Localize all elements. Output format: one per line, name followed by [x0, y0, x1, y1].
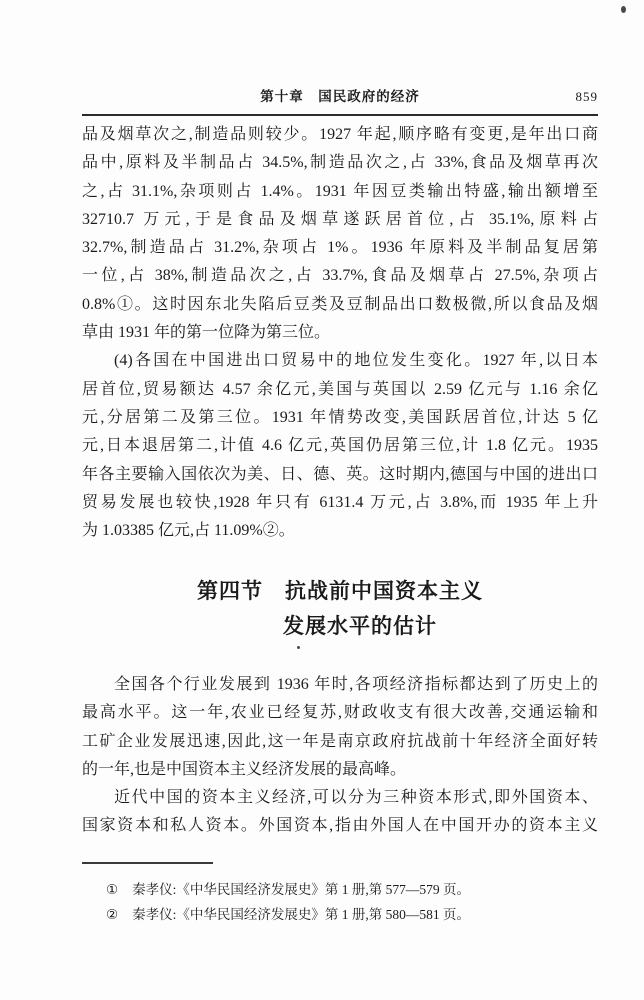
footnote-2-text: 秦孝仪:《中华民国经济发展史》第 1 册,第 580—581 页。	[132, 907, 470, 922]
footnote-2-marker: ②	[106, 907, 118, 922]
text-line: 一位,占 38%,制造品次之,占 33.7%,食品及烟草占 27.5%,杂项占	[82, 262, 598, 290]
text-line: 近代中国的资本主义经济,可以分为三种资本形式,即外国资本、	[82, 784, 598, 812]
text-line: 之,占 31.1%,杂项则占 1.4%。1931 年因豆类输出特盛,输出额增至	[82, 178, 598, 206]
text-line: 元,日本退居第二,计值 4.6 亿元,英国仍居第三位,计 1.8 亿元。1935	[82, 432, 598, 460]
text-line: 全国各个行业发展到 1936 年时,各项经济指标都达到了历史上的	[82, 671, 598, 699]
footnote-2: ②秦孝仪:《中华民国经济发展史》第 1 册,第 580—581 页。	[82, 902, 598, 927]
text-line: (4)各国在中国进出口贸易中的地位发生变化。1927 年,以日本	[82, 347, 598, 375]
page-number: 859	[576, 86, 599, 108]
section-heading-line-1: 第四节 抗战前中国资本主义	[82, 574, 598, 609]
text-line: 元,分居第二及第三位。1931 年情势改变,美国跃居首位,计达 5 亿	[82, 404, 598, 432]
text-line: 32710.7 万元,于是食品及烟草遂跃居首位,占 35.1%,原料占	[82, 206, 598, 234]
body-text-lower: 全国各个行业发展到 1936 年时,各项经济指标都达到了历史上的 最高水平。这一…	[82, 671, 598, 841]
text-line: 草由 1931 年的第一位降为第三位。	[82, 319, 598, 347]
text-line: 32.7%,制造品占 31.2%,杂项占 1%。1936 年原料及半制品复居第	[82, 234, 598, 262]
header-rule	[82, 114, 598, 116]
footnote-1-marker: ①	[106, 882, 118, 897]
text-line: 为 1.03385 亿元,占 11.09%②。	[82, 517, 598, 545]
running-head-chapter-title: 第十章 国民政府的经济	[82, 86, 598, 108]
text-line: 的一年,也是中国资本主义经济发展的最高峰。	[82, 756, 598, 784]
footnote-separator	[82, 862, 213, 864]
book-page: 第十章 国民政府的经济 859 品及烟草次之,制造品则较少。1927 年起,顺序…	[0, 0, 644, 1000]
scan-artifact	[621, 6, 626, 13]
text-line: 居首位,贸易额达 4.57 余亿元,美国与英国以 2.59 亿元与 1.16 余…	[82, 376, 598, 404]
section-heading: 第四节 抗战前中国资本主义 发展水平的估计	[82, 574, 598, 644]
text-line: 最高水平。这一年,农业已经复苏,财政收支有很大改善,交通运输和	[82, 699, 598, 727]
text-line: 品中,原料及半制品占 34.5%,制造品次之,占 33%,食品及烟草再次	[82, 149, 598, 177]
section-heading-line-2: 发展水平的估计	[102, 609, 618, 644]
text-line: 品及烟草次之,制造品则较少。1927 年起,顺序略有变更,是年出口商	[82, 121, 598, 149]
running-head: 第十章 国民政府的经济 859	[82, 86, 598, 108]
scan-artifact	[297, 646, 300, 649]
footnote-1-text: 秦孝仪:《中华民国经济发展史》第 1 册,第 577—579 页。	[132, 882, 470, 897]
text-line: 工矿企业发展迅速,因此,这一年是南京政府抗战前十年经济全面好转	[82, 728, 598, 756]
footnotes: ①秦孝仪:《中华民国经济发展史》第 1 册,第 577—579 页。 ②秦孝仪:…	[82, 877, 598, 927]
footnote-1: ①秦孝仪:《中华民国经济发展史》第 1 册,第 577—579 页。	[82, 877, 598, 902]
body-text-upper: 品及烟草次之,制造品则较少。1927 年起,顺序略有变更,是年出口商 品中,原料…	[82, 121, 598, 545]
text-line: 年各主要输入国依次为美、日、德、英。这时期内,德国与中国的进出口	[82, 461, 598, 489]
text-line: 0.8%①。这时因东北失陷后豆类及豆制品出口数极微,所以食品及烟	[82, 291, 598, 319]
text-line: 国家资本和私人资本。外国资本,指由外国人在中国开办的资本主义	[82, 812, 598, 840]
text-line: 贸易发展也较快,1928 年只有 6131.4 万元,占 3.8%,而 1935…	[82, 489, 598, 517]
